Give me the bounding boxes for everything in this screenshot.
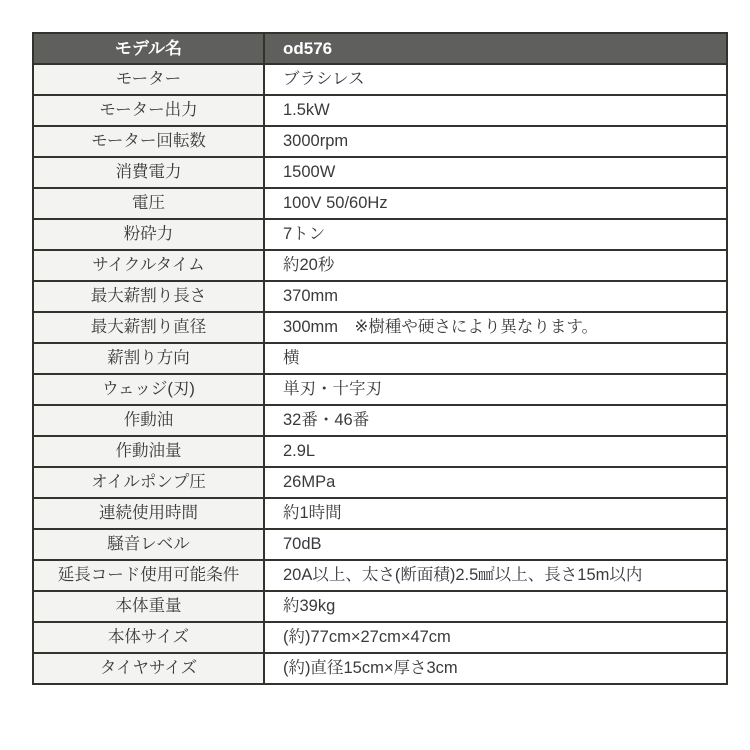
spec-label: タイヤサイズ [33, 653, 264, 684]
spec-value: 100V 50/60Hz [264, 188, 727, 219]
spec-header-label: モデル名 [33, 33, 264, 64]
spec-label: 延長コード使用可能条件 [33, 560, 264, 591]
spec-row: 最大薪割り直径300mm ※樹種や硬さにより異なります。 [33, 312, 727, 343]
spec-value: 70dB [264, 529, 727, 560]
spec-value: (約)直径15cm×厚さ3cm [264, 653, 727, 684]
spec-row: 薪割り方向横 [33, 343, 727, 374]
page: { "table": { "header": { "label": "モデル名"… [0, 0, 750, 750]
spec-header-value: od576 [264, 33, 727, 64]
spec-value: 300mm ※樹種や硬さにより異なります。 [264, 312, 727, 343]
spec-label: 本体サイズ [33, 622, 264, 653]
spec-table: モデル名 od576 モーターブラシレスモーター出力1.5kWモーター回転数30… [32, 32, 728, 685]
spec-header-row: モデル名 od576 [33, 33, 727, 64]
spec-rows: モデル名 od576 モーターブラシレスモーター出力1.5kWモーター回転数30… [33, 33, 727, 684]
spec-label: 作動油 [33, 405, 264, 436]
spec-row: モーター出力1.5kW [33, 95, 727, 126]
spec-label: 連続使用時間 [33, 498, 264, 529]
spec-row: 連続使用時間約1時間 [33, 498, 727, 529]
spec-value: 370mm [264, 281, 727, 312]
spec-label: 薪割り方向 [33, 343, 264, 374]
spec-value: 約39kg [264, 591, 727, 622]
spec-label: ウェッジ(刃) [33, 374, 264, 405]
spec-row: ウェッジ(刃)単刃・十字刃 [33, 374, 727, 405]
spec-value: (約)77cm×27cm×47cm [264, 622, 727, 653]
spec-row: 騒音レベル70dB [33, 529, 727, 560]
spec-row: 作動油32番・46番 [33, 405, 727, 436]
spec-value: 1.5kW [264, 95, 727, 126]
spec-label: モーター回転数 [33, 126, 264, 157]
spec-value: 1500W [264, 157, 727, 188]
spec-label: 本体重量 [33, 591, 264, 622]
spec-row: 延長コード使用可能条件20A以上、太さ(断面積)2.5㎟以上、長さ15m以内 [33, 560, 727, 591]
spec-value: 32番・46番 [264, 405, 727, 436]
spec-value: 横 [264, 343, 727, 374]
spec-label: モーター出力 [33, 95, 264, 126]
spec-label: サイクルタイム [33, 250, 264, 281]
spec-label: 最大薪割り直径 [33, 312, 264, 343]
spec-value: 約20秒 [264, 250, 727, 281]
spec-row: 最大薪割り長さ370mm [33, 281, 727, 312]
spec-label: 消費電力 [33, 157, 264, 188]
spec-row: サイクルタイム約20秒 [33, 250, 727, 281]
spec-label: 粉砕力 [33, 219, 264, 250]
spec-row: 電圧100V 50/60Hz [33, 188, 727, 219]
spec-row: 本体重量約39kg [33, 591, 727, 622]
spec-row: 本体サイズ(約)77cm×27cm×47cm [33, 622, 727, 653]
spec-value: ブラシレス [264, 64, 727, 95]
spec-value: 2.9L [264, 436, 727, 467]
spec-label: 最大薪割り長さ [33, 281, 264, 312]
spec-row: 作動油量2.9L [33, 436, 727, 467]
spec-row: モーター回転数3000rpm [33, 126, 727, 157]
spec-value: 単刃・十字刃 [264, 374, 727, 405]
spec-value: 26MPa [264, 467, 727, 498]
spec-row: 粉砕力7トン [33, 219, 727, 250]
spec-row: オイルポンプ圧26MPa [33, 467, 727, 498]
spec-label: 騒音レベル [33, 529, 264, 560]
spec-row: 消費電力1500W [33, 157, 727, 188]
spec-row: モーターブラシレス [33, 64, 727, 95]
spec-label: 電圧 [33, 188, 264, 219]
spec-value: 約1時間 [264, 498, 727, 529]
spec-label: モーター [33, 64, 264, 95]
spec-value: 7トン [264, 219, 727, 250]
spec-value: 20A以上、太さ(断面積)2.5㎟以上、長さ15m以内 [264, 560, 727, 591]
spec-label: 作動油量 [33, 436, 264, 467]
spec-value: 3000rpm [264, 126, 727, 157]
spec-label: オイルポンプ圧 [33, 467, 264, 498]
spec-row: タイヤサイズ(約)直径15cm×厚さ3cm [33, 653, 727, 684]
